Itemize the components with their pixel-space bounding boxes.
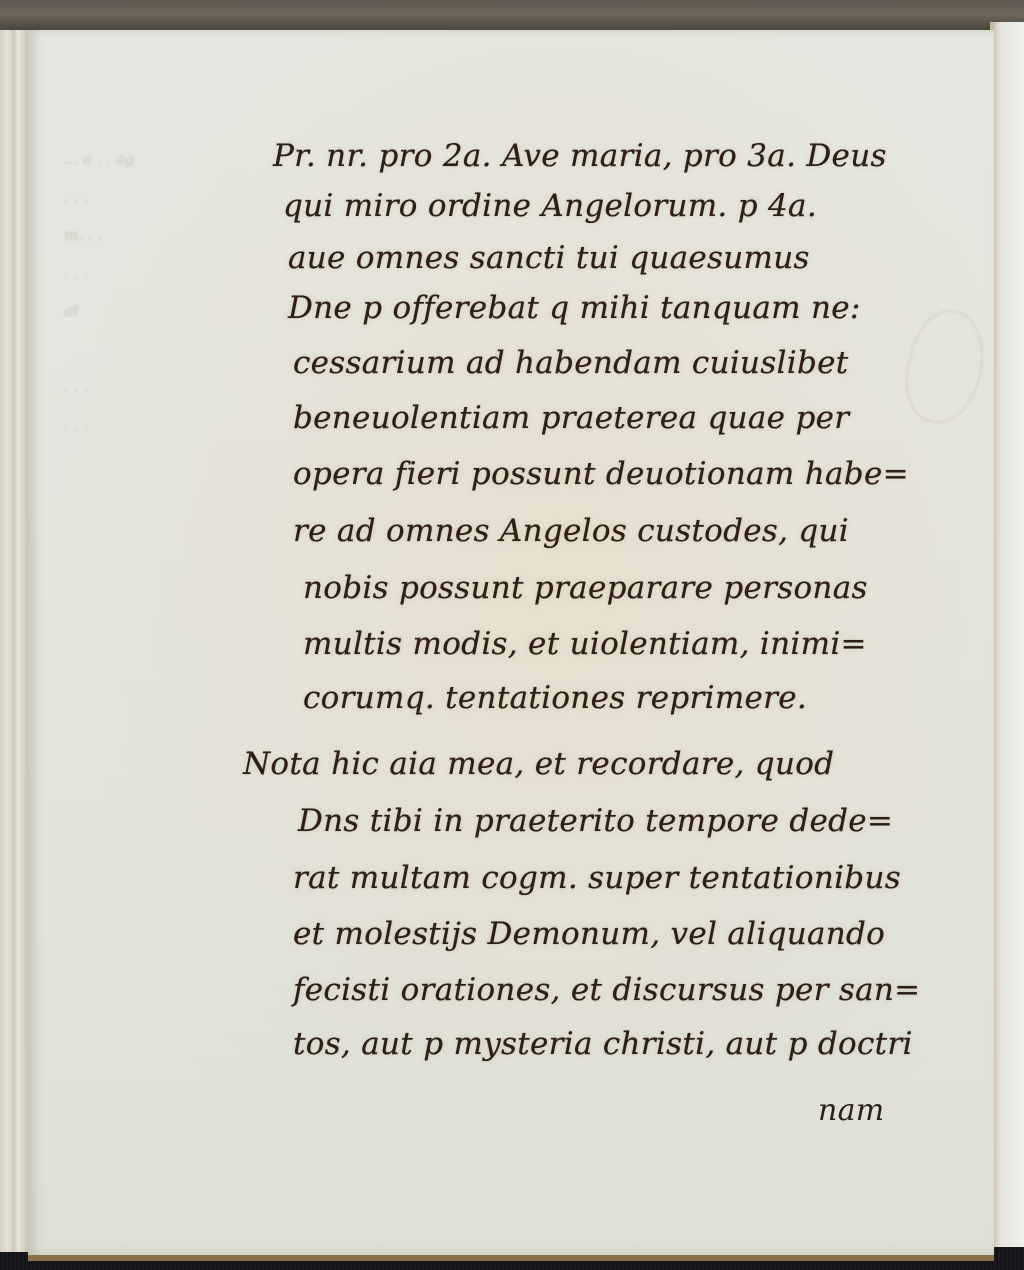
bleed-through-text: ... a . . ag . . . m. . . . . . at . . .… <box>64 140 264 444</box>
text-line: Dne p offerebat q mihi tanquam ne: <box>288 290 861 326</box>
text-line: Nota hic aia mea, et recordare, quod <box>243 746 834 782</box>
catchword: nam <box>818 1093 885 1128</box>
manuscript-page: ... a . . ag . . . m. . . . . . at . . .… <box>28 30 994 1261</box>
text-line: nobis possunt praeparare personas <box>303 570 868 606</box>
bleed-through-mark <box>895 302 996 431</box>
text-line: et molestijs Demonum, vel aliquando <box>293 916 885 952</box>
text-line: rat multam cogm. super tentationibus <box>293 860 901 896</box>
text-line: re ad omnes Angelos custodes, qui <box>293 513 849 549</box>
text-line: cessarium ad habendam cuiuslibet <box>293 345 849 381</box>
text-line: Dns tibi in praeterito tempore dede= <box>298 803 893 839</box>
text-line: opera fieri possunt deuotionam habe= <box>293 456 909 492</box>
text-line: aue omnes sancti tui quaesumus <box>288 240 810 276</box>
manuscript-photo: ... a . . ag . . . m. . . . . . at . . .… <box>0 0 1024 1270</box>
text-line: multis modis, et uiolentiam, inimi= <box>303 626 867 662</box>
text-line: fecisti orationes, et discursus per san= <box>293 972 920 1008</box>
text-line: beneuolentiam praeterea quae per <box>293 400 849 436</box>
text-line: Pr. nr. pro 2a. Ave maria, pro 3a. Deus <box>273 138 887 174</box>
left-leaf-edge <box>0 30 30 1252</box>
text-line: corumq. tentationes reprimere. <box>303 680 807 716</box>
right-leaf-edge <box>990 22 1024 1247</box>
text-line: tos, aut p mysteria christi, aut p doctr… <box>293 1026 913 1062</box>
text-line: qui miro ordine Angelorum. p 4a. <box>283 188 817 224</box>
